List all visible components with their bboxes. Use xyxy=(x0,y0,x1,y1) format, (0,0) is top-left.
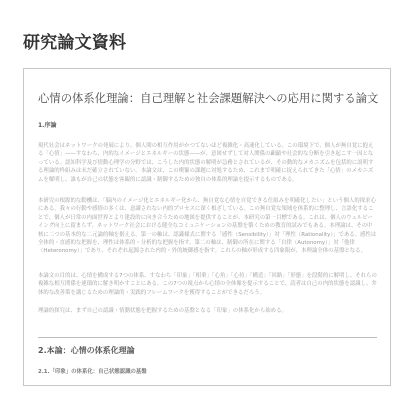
paper-title: 心情の体系化理論：自己理解と社会課題解決への応用に関する論文 xyxy=(38,92,378,106)
document-card: 心情の体系化理論：自己理解と社会課題解決への応用に関する論文 1.序論 現代社会… xyxy=(23,68,391,386)
page: 研究論文資料 心情の体系化理論：自己理解と社会課題解決への応用に関する論文 1.… xyxy=(0,0,420,420)
section-heading-main-theory: 2.本論：心情の体系化理論 xyxy=(38,345,135,356)
section-divider xyxy=(38,337,377,338)
intro-paragraph-2: 本研究の根源的な動機は、「脳内のイメージ化とエネルギー化から、無自覚な心情を自覚… xyxy=(38,197,377,256)
section-heading-introduction: 1.序論 xyxy=(38,122,56,130)
subsection-heading-impression: 2.1.「印象」の体系化：自己状態認識の基盤 xyxy=(38,368,147,376)
intro-paragraph-4: 理論的探究は、まず自己の認識・情動状態を把握するための基盤となる「印象」の体系化… xyxy=(38,307,377,315)
page-title: 研究論文資料 xyxy=(23,32,126,54)
intro-paragraph-3: 本論文の目的は、心情を構成する7つの体系、すなわち「印象」「相乗」「心角」「心持… xyxy=(38,272,377,297)
intro-paragraph-1: 現代社会はネットワークの発展により、個人間の相互作用がかつてないほど複雑化・高速… xyxy=(38,142,377,184)
